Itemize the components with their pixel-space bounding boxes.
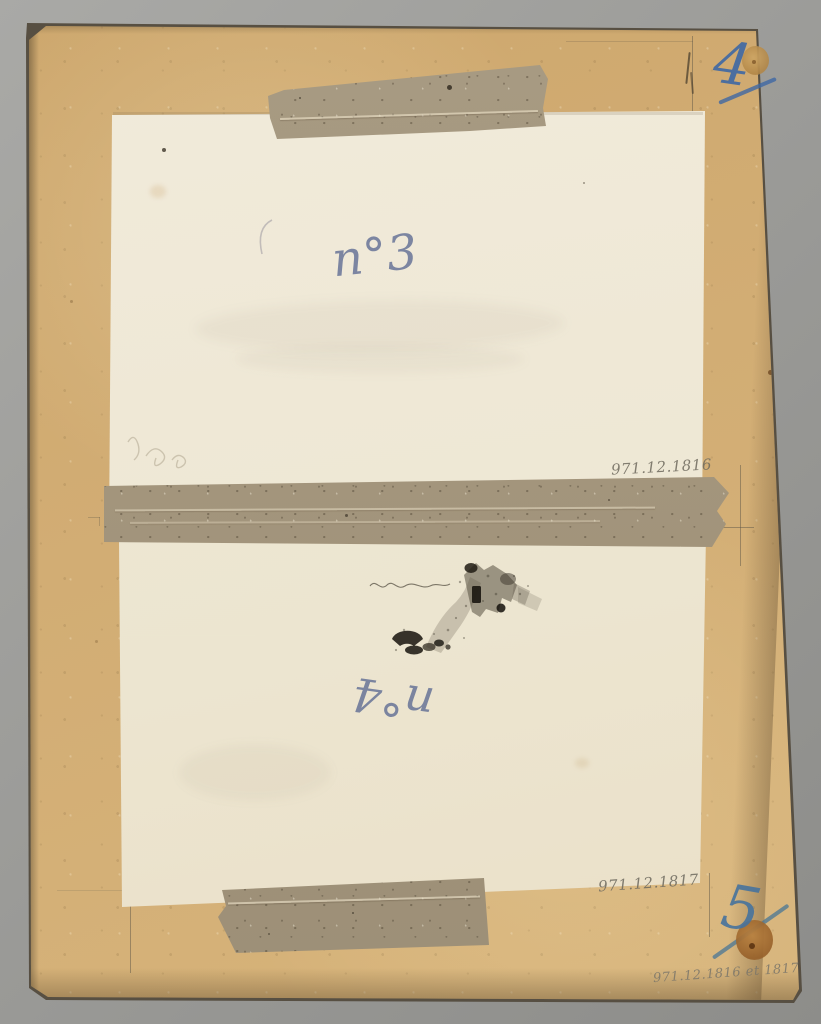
archival-photo-stage: n°3 971.12.1816 — [0, 0, 821, 1024]
kraft-tape-bottom-surface — [0, 0, 821, 1024]
paper-fleck — [352, 912, 354, 914]
paper-fleck — [608, 499, 610, 501]
kraft-tape-bottom — [0, 0, 821, 1024]
paper-fleck — [299, 97, 301, 99]
paper-fleck — [447, 85, 452, 90]
paper-fleck — [345, 514, 348, 517]
glue-stain-dot — [752, 60, 756, 64]
paper-fleck — [268, 933, 270, 935]
